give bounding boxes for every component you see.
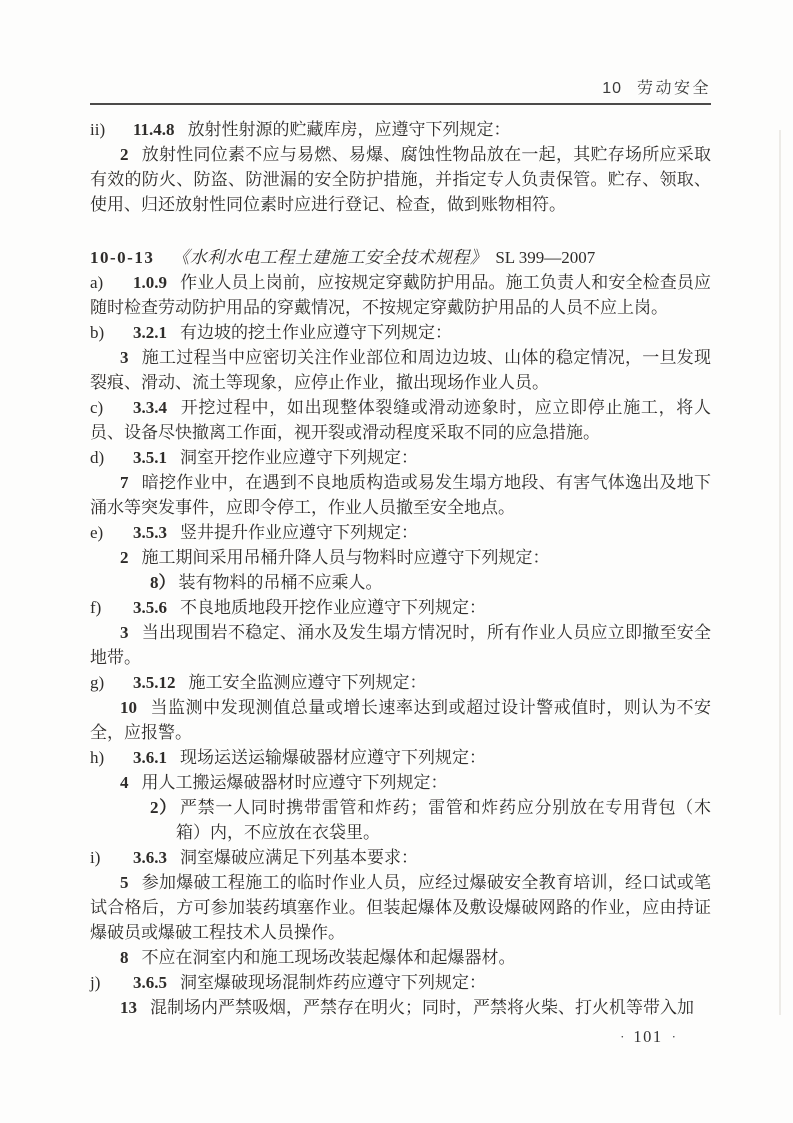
scan-artifact-line (779, 130, 781, 1015)
standard-id: 10-0-13 (90, 248, 154, 267)
clause-number: 3.5.12 (133, 673, 176, 692)
item-text: 严禁一人同时携带雷管和炸药；雷管和炸药应分别放在专用背包（木箱）内，不应放在衣袋… (176, 798, 711, 842)
clause-text: 洞室爆破现场混制炸药应遵守下列规定： (180, 973, 486, 992)
clause-paragraph: ii)11.4.8放射性射源的贮藏库房，应遵守下列规定： (90, 117, 711, 142)
clause-label: c) (90, 395, 133, 420)
item-number: 10 (120, 698, 137, 717)
item-text: 暗挖作业中，在遇到不良地质构造或易发生塌方地段、有害气体逸出及地下涌水等突发事件… (90, 473, 711, 517)
clause-number: 3.6.1 (133, 748, 167, 767)
clause-paragraph: h)3.6.1现场运送运输爆破器材应遵守下列规定： (90, 745, 711, 770)
clause-text: 现场运送运输爆破器材应遵守下列规定： (180, 748, 486, 767)
scanned-document-page: 10劳动安全 ii)11.4.8放射性射源的贮藏库房，应遵守下列规定：2放射性同… (0, 0, 793, 1123)
item-number: 7 (120, 473, 129, 492)
sub-sub-item-paragraph: 2）严禁一人同时携带雷管和炸药；雷管和炸药应分别放在专用背包（木箱）内，不应放在… (90, 795, 711, 845)
clause-text: 作业人员上岗前，应按规定穿戴防护用品。施工负责人和安全检查员应随时检查劳动防护用… (90, 273, 711, 317)
standard-title: 《水利水电工程土建施工安全技术规程》 (172, 248, 487, 267)
sub-item-paragraph: 10当监测中发现测值总量或增长速率达到或超过设计警戒值时，则认为不安全，应报警。 (90, 695, 711, 745)
item-text: 当出现围岩不稳定、涌水及发生塌方情况时，所有作业人员应立即撤至安全地带。 (90, 623, 711, 667)
clause-number: 3.5.1 (133, 448, 167, 467)
clause-text: 放射性射源的贮藏库房，应遵守下列规定： (188, 120, 511, 139)
chapter-number: 10 (602, 80, 622, 97)
clause-number: 3.2.1 (133, 323, 167, 342)
clause-label: f) (90, 595, 133, 620)
clause-paragraph: j)3.6.5洞室爆破现场混制炸药应遵守下列规定： (90, 970, 711, 995)
clause-text: 洞室爆破应满足下列基本要求： (180, 848, 418, 867)
page-header: 10劳动安全 (90, 75, 711, 98)
clause-number: 3.6.3 (133, 848, 167, 867)
item-text: 施工过程当中应密切关注作业部位和周边边坡、山体的稳定情况，一旦发现裂痕、滑动、流… (90, 348, 711, 392)
clause-number: 3.6.5 (133, 973, 167, 992)
footer-dot-right: · (672, 1029, 676, 1044)
clause-label: j) (90, 970, 133, 995)
chapter-title: 劳动安全 (637, 80, 711, 97)
clause-paragraph: d)3.5.1洞室开挖作业应遵守下列规定： (90, 445, 711, 470)
clause-text: 不良地质地段开挖作业应遵守下列规定： (180, 598, 486, 617)
item-number: 13 (120, 998, 137, 1017)
item-number: 5 (120, 873, 129, 892)
item-marker: 8） (150, 573, 176, 592)
sub-item-paragraph: 5参加爆破工程施工的临时作业人员，应经过爆破安全教育培训，经口试或笔试合格后，方… (90, 870, 711, 945)
item-number: 3 (120, 623, 129, 642)
item-text: 不应在洞室内和施工现场改装起爆体和起爆器材。 (142, 948, 516, 967)
item-number: 3 (120, 348, 129, 367)
item-text: 当监测中发现测值总量或增长速率达到或超过设计警戒值时，则认为不安全，应报警。 (90, 698, 711, 742)
item-text: 用人工搬运爆破器材时应遵守下列规定： (142, 773, 448, 792)
header-rule (90, 103, 711, 105)
item-text: 装有物料的吊桶不应乘人。 (179, 573, 383, 592)
clause-text: 洞室开挖作业应遵守下列规定： (180, 448, 418, 467)
item-marker: 2） (150, 798, 177, 817)
clause-paragraph: c)3.3.4开挖过程中，如出现整体裂缝或滑动迹象时，应立即停止施工，将人员、设… (90, 395, 711, 445)
page-number: 101 (633, 1027, 662, 1046)
clause-number: 1.0.9 (133, 273, 167, 292)
clause-text: 施工安全监测应遵守下列规定： (189, 673, 427, 692)
clause-text: 有边坡的挖土作业应遵守下列规定： (180, 323, 452, 342)
clause-paragraph: a)1.0.9作业人员上岗前，应按规定穿戴防护用品。施工负责人和安全检查员应随时… (90, 270, 711, 320)
standard-entry-paragraph: 10-0-13《水利水电工程土建施工安全技术规程》SL 399—2007 (90, 245, 711, 270)
item-number: 2 (120, 548, 129, 567)
item-text: 参加爆破工程施工的临时作业人员，应经过爆破安全教育培训，经口试或笔试合格后，方可… (90, 873, 711, 942)
item-text: 施工期间采用吊桶升降人员与物料时应遵守下列规定： (142, 548, 550, 567)
item-number: 2 (120, 145, 129, 164)
clause-number: 3.5.3 (133, 523, 167, 542)
clause-paragraph: i)3.6.3洞室爆破应满足下列基本要求： (90, 845, 711, 870)
clause-paragraph: g)3.5.12施工安全监测应遵守下列规定： (90, 670, 711, 695)
clause-label: g) (90, 670, 133, 695)
clause-paragraph: e)3.5.3竖井提升作业应遵守下列规定： (90, 520, 711, 545)
clause-label: d) (90, 445, 133, 470)
document-body: ii)11.4.8放射性射源的贮藏库房，应遵守下列规定：2放射性同位素不应与易燃… (90, 117, 711, 1020)
item-text: 混制场内严禁吸烟，严禁存在明火；同时，严禁将火柴、打火机等带入加 (150, 998, 694, 1017)
clause-label: ii) (90, 117, 133, 142)
clause-number: 3.3.4 (133, 398, 167, 417)
sub-item-paragraph: 3施工过程当中应密切关注作业部位和周边边坡、山体的稳定情况，一旦发现裂痕、滑动、… (90, 345, 711, 395)
clause-label: h) (90, 745, 133, 770)
clause-text: 竖井提升作业应遵守下列规定： (180, 523, 418, 542)
sub-item-paragraph: 13混制场内严禁吸烟，严禁存在明火；同时，严禁将火柴、打火机等带入加 (90, 995, 711, 1020)
footer-dot-left: · (620, 1029, 624, 1044)
sub-item-paragraph: 7暗挖作业中，在遇到不良地质构造或易发生塌方地段、有害气体逸出及地下涌水等突发事… (90, 470, 711, 520)
sub-item-paragraph: 3当出现围岩不稳定、涌水及发生塌方情况时，所有作业人员应立即撤至安全地带。 (90, 620, 711, 670)
sub-item-paragraph: 2施工期间采用吊桶升降人员与物料时应遵守下列规定： (90, 545, 711, 570)
item-number: 8 (120, 948, 129, 967)
sub-item-paragraph: 2放射性同位素不应与易燃、易爆、腐蚀性物品放在一起，其贮存场所应采取有效的防火、… (90, 142, 711, 217)
clause-label: b) (90, 320, 133, 345)
clause-paragraph: b)3.2.1有边坡的挖土作业应遵守下列规定： (90, 320, 711, 345)
sub-item-paragraph: 4用人工搬运爆破器材时应遵守下列规定： (90, 770, 711, 795)
standard-code: SL 399—2007 (495, 248, 595, 267)
clause-label: a) (90, 270, 133, 295)
clause-label: i) (90, 845, 133, 870)
page-footer: ·101· (90, 1027, 711, 1047)
clause-number: 11.4.8 (133, 120, 175, 139)
clause-label: e) (90, 520, 133, 545)
clause-text: 开挖过程中，如出现整体裂缝或滑动迹象时，应立即停止施工，将人员、设备尽快撤离工作… (90, 398, 711, 442)
sub-sub-item-paragraph: 8）装有物料的吊桶不应乘人。 (90, 570, 711, 595)
clause-number: 3.5.6 (133, 598, 167, 617)
item-text: 放射性同位素不应与易燃、易爆、腐蚀性物品放在一起，其贮存场所应采取有效的防火、防… (90, 145, 711, 214)
sub-item-paragraph: 8不应在洞室内和施工现场改装起爆体和起爆器材。 (90, 945, 711, 970)
clause-paragraph: f)3.5.6不良地质地段开挖作业应遵守下列规定： (90, 595, 711, 620)
item-number: 4 (120, 773, 129, 792)
